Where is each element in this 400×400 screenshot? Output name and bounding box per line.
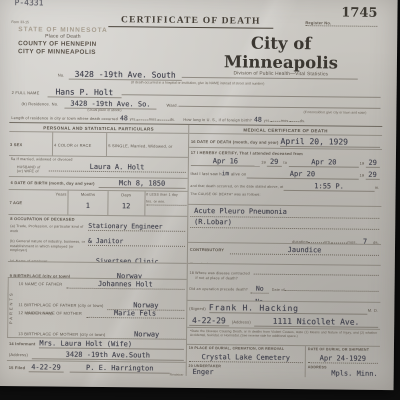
city-line: CITY OF MINNEAPOLIS [18, 48, 108, 57]
sex-label: 3 SEX [10, 142, 22, 147]
physician-signature: Frank H. Hacking [209, 303, 368, 315]
register-block: 1745 Register No. [305, 5, 377, 27]
street-no-label: No. [58, 73, 65, 78]
mother-bp-label: 13 BIRTHPLACE OF MOTHER (city or town) [18, 331, 105, 337]
signed-date-value: 4-22-29 [189, 316, 229, 326]
dob-label: 6 DATE OF BIRTH (month, day and year) [11, 180, 95, 186]
occupation-row: 8 OCCUPATION OF DECEASED (a) Trade, Prof… [8, 215, 187, 264]
age-days-value: 12 [109, 202, 143, 210]
certificate-title: CERTIFICATE OF DEATH [108, 15, 273, 29]
undertaker-address-value: Mpls. Minn. [308, 370, 378, 378]
register-label: Register No. [305, 20, 377, 27]
city-title: City of Minneapolis [191, 33, 371, 73]
informant-address-label: (Address) [9, 352, 28, 357]
cause-line-1: Acute Pleuro Pneumonia [190, 207, 379, 219]
md-label: M. D. [368, 308, 379, 313]
duration-mos-blank [331, 242, 347, 243]
signature-block: (Signed) Frank H. Hacking M. D. 4-22-29 … [187, 301, 380, 330]
mother-value: Marie Fels [86, 309, 184, 319]
occupation-b-label: (b) General nature of industry, business… [10, 239, 88, 253]
duration-yrs-blank [308, 242, 324, 243]
cause-of-death-label: The CAUSE OF DEATH* was as follows: [190, 192, 379, 199]
operation-label: Did an operation precede death? [189, 287, 248, 292]
foreign-ds-blank [290, 121, 300, 122]
personal-column: PERSONAL AND STATISTICAL PARTICULARS 3 S… [7, 123, 189, 376]
cause-line-2: (R.Lobar) [190, 218, 379, 230]
foreign-mos-blank [271, 121, 281, 122]
spouse-row: 5a If married, widowed or divorced HUSBA… [9, 156, 188, 179]
age-days-label: Days [109, 192, 143, 198]
where-contracted-label-2: if not at place of death? [195, 276, 249, 281]
contributory-label: CONTRIBUTORY [190, 247, 224, 253]
physician-address-value: 1111 Nicollet Ave. [254, 317, 378, 328]
age-less-label: If LESS than 1 day [146, 192, 186, 197]
age-less-units: hrs. or min. [146, 200, 186, 206]
year-printed-3: 19 [359, 173, 364, 178]
father-label: 10 NAME OF FATHER [19, 281, 63, 287]
registrar-value: P. E. Harrington [70, 364, 170, 374]
length-mos-blank [137, 119, 149, 120]
alive-label: alive on [231, 172, 246, 177]
pencil-annotation: P-4331 [15, 0, 44, 7]
father-bp-label: 11 BIRTHPLACE OF FATHER (city or town) [18, 302, 103, 308]
contributory-value: Jaundice [230, 245, 379, 256]
dob-value: Mch 8, 1850 [99, 179, 186, 189]
burial-place-value: Crystal Lake Cemetery [189, 353, 303, 363]
contributory-block: CONTRIBUTORY (Secondary) Jaundice (durat… [188, 243, 381, 266]
undertaker-value: Enger [192, 368, 302, 377]
form-number: Form 33-15 [11, 20, 29, 24]
burial-block: 19 PLACE OF BURIAL, CREMATION, OR REMOVA… [186, 345, 380, 378]
register-number: 1745 [305, 5, 377, 21]
birthplace-row: 9 BIRTHPLACE (city or town) (State or co… [8, 262, 187, 280]
length-ds-blank [158, 120, 170, 121]
occupation-a-label: (a) Trade, Profession, or particular kin… [10, 224, 88, 234]
abode-note: (Usual place of abode) [87, 108, 121, 112]
age-months-label: Months [70, 192, 107, 198]
dod-label: 16 DATE OF DEATH (month, day and year) [191, 139, 279, 145]
length-years-value: 48 [120, 114, 128, 122]
length-ds-unit: ds. [170, 118, 176, 123]
filed-label: 15 Filed [9, 365, 26, 370]
foreign-mos-unit: mos. [281, 119, 290, 124]
year-printed-1: 19 [261, 160, 266, 165]
certificate-paper: P-4331 Form 33-15 CERTIFICATE OF DEATH 1… [0, 0, 398, 390]
age-years-label: Years [55, 192, 66, 197]
wife-of-label: (or) WIFE of [17, 169, 41, 174]
registrar-label: Registrar [170, 373, 184, 376]
attend-from-value: Apr 16 [191, 157, 261, 167]
filed-date-value: 4-22-29 [28, 363, 64, 372]
year-value-2: 29 [365, 159, 380, 168]
ward-label: Ward. [166, 103, 178, 108]
disease-questions-block: 18 Where was disease contracted if not a… [187, 264, 381, 303]
age-row: 7 AGE Years 79 Months 1 Days 12 If LESS … [8, 190, 187, 217]
full-name-underline [121, 94, 380, 98]
street-underline [182, 77, 358, 80]
year-value-3: 29 [365, 171, 380, 180]
residence-underline [178, 106, 380, 109]
filed-row: 15 Filed 4-22-29 P. E. Harrington Regist… [7, 361, 186, 376]
occupation-b-value: & Janitor [88, 237, 185, 247]
scanned-death-certificate: P-4331 Form 33-15 CERTIFICATE OF DEATH 1… [0, 0, 400, 400]
foreign-years-value: 48 [254, 116, 262, 124]
operation-date-blank [285, 283, 379, 292]
certify-label: 17 I HEREBY CERTIFY, That I attended dec… [191, 150, 380, 157]
nonresident-note: (If nonresident give city or town and st… [303, 110, 366, 115]
age-label: 7 AGE [9, 200, 22, 205]
foreign-ds-unit: ds. [300, 119, 306, 124]
certificate-body: PERSONAL AND STATISTICAL PARTICULARS 3 S… [7, 122, 383, 378]
medical-column: MEDICAL CERTIFICATE OF DEATH 16 DATE OF … [186, 125, 382, 378]
death-time-label: and that death occurred, on the date sta… [190, 184, 283, 190]
race-label: 4 COLOR or RACE [54, 143, 92, 148]
cause-footnote: *State the Disease Causing Death, or in … [187, 328, 380, 347]
cause-block: Acute Pleuro Pneumonia (R.Lobar) duratio… [188, 205, 382, 245]
burial-place-label: 19 PLACE OF BURIAL, CREMATION, OR REMOVA… [189, 346, 303, 352]
foreign-yrs-unit: yrs. [264, 119, 271, 124]
father-value: Johannes Holt [66, 280, 184, 290]
sex-race-marital-row: 3 SEX Male 4 COLOR or RACE White 5 SINGL… [9, 132, 188, 158]
last-saw-label: that I last saw h [191, 171, 222, 177]
occupation-a-value: Stationary Engineer [88, 222, 185, 232]
parents-block: PARENTS 10 NAME OF FATHER Johannes Holt … [7, 278, 186, 340]
marital-label: 5 SINGLE, Married, Widowed, or Divorced … [108, 143, 172, 158]
year-printed-2: 19 [360, 161, 365, 166]
dod-value: April 20, 1929 [281, 137, 381, 148]
burial-date-label: DATE OF BURIAL OR SHIPMENT [308, 347, 378, 352]
informant-row: 14 Informant Mrs. Laura Holt (Wife) (Add… [7, 338, 186, 363]
informant-address-value: 3428 -19th Ave.South [32, 350, 184, 361]
full-name-label: 2 FULL NAME [12, 90, 40, 95]
mother-label: 12 MAIDEN NAME OF MOTHER [18, 310, 82, 316]
foreign-label: How long in U. S., if of foreign birth? [183, 118, 252, 124]
burial-date-value: Apr 24-1929 [308, 354, 378, 364]
last-saw-fill: im [222, 170, 229, 177]
spouse-value: Laura A. Holt [48, 162, 185, 172]
certify-block: 17 I HEREBY CERTIFY, That I attended dec… [188, 148, 382, 207]
to-label: to [283, 160, 287, 165]
physician-address-label: (Address) [232, 319, 251, 324]
last-saw-date-value: Apr 20 [246, 170, 358, 180]
operation-date-label: Date of [272, 288, 285, 293]
informant-value: Mrs. Laura Holt (Wife) [39, 339, 183, 350]
operation-value: No [251, 285, 269, 294]
death-time-value: 1:55 P. [283, 182, 375, 192]
place-of-death-block: STATE OF MINNESOTA Place of Death COUNTY… [18, 26, 108, 57]
where-contracted-blank [254, 267, 379, 276]
length-yrs-unit: yrs. [130, 117, 137, 122]
death-time-m-label: m. [375, 185, 380, 190]
age-months-value: 1 [69, 202, 106, 210]
parents-vertical-label: PARENTS [7, 278, 17, 337]
signed-label: (Signed) [189, 306, 206, 311]
informant-label: 14 Informant [9, 341, 35, 346]
length-mos-unit: mos. [149, 117, 158, 122]
attend-to-value: Apr 20 [289, 158, 359, 168]
residence-label: (b) Residence. No. [21, 101, 58, 107]
year-value-1: 29 [267, 158, 282, 167]
length-label: Length of residence in city or town wher… [11, 116, 118, 122]
full-name-value: Hans P. Holt [47, 87, 121, 98]
